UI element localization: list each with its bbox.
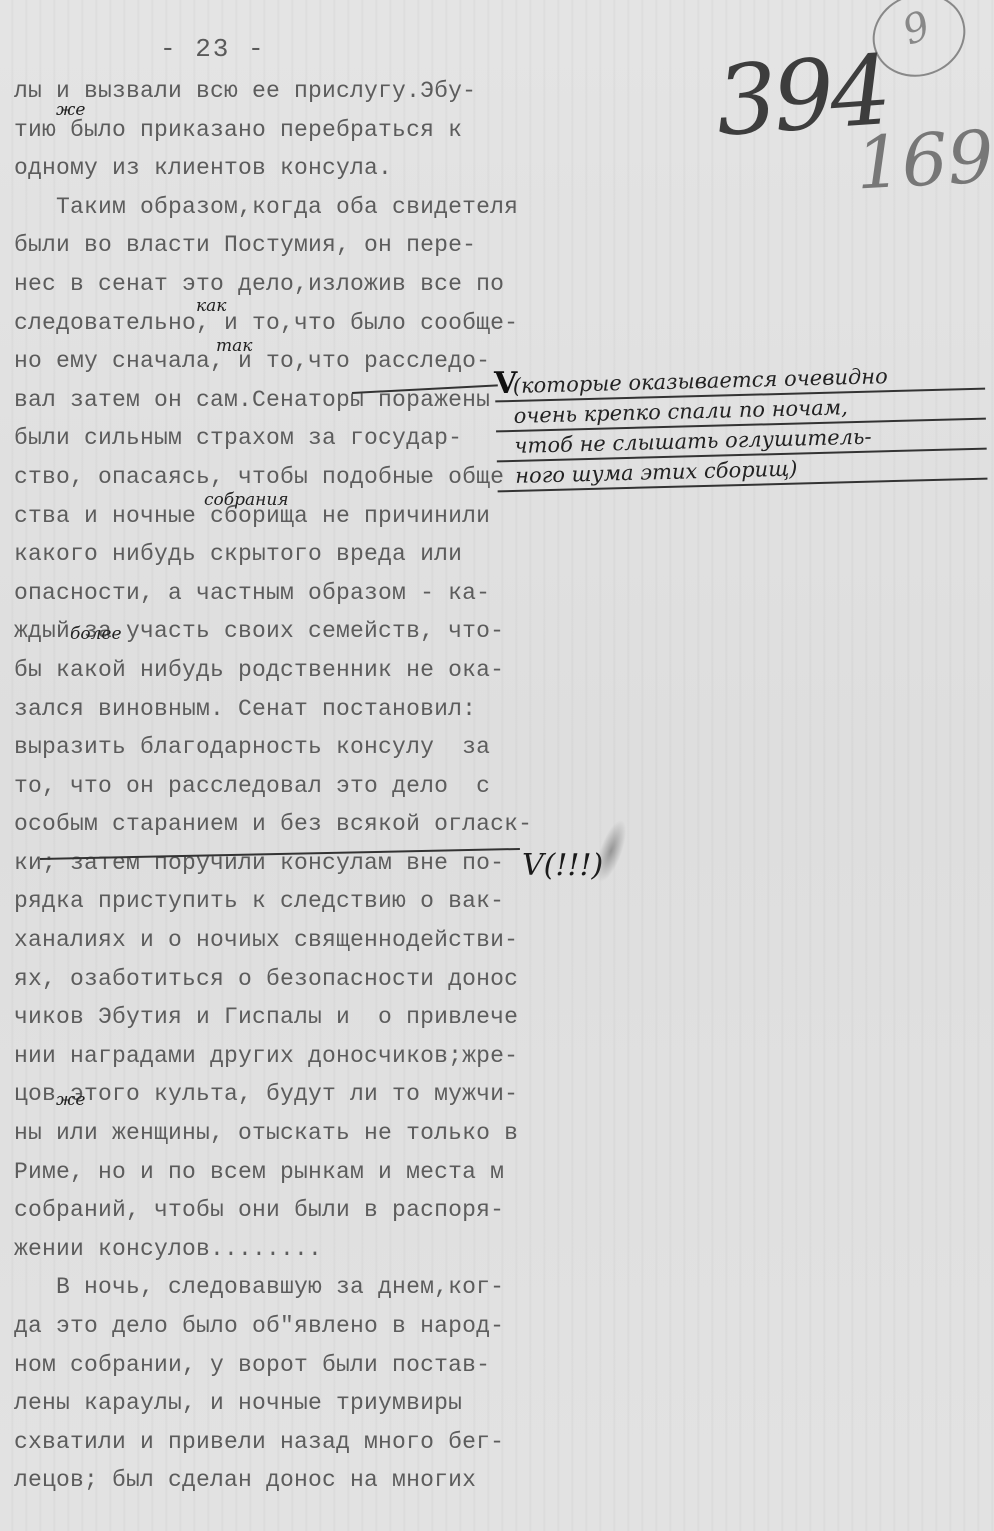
correction-zhe-2: же bbox=[56, 1090, 85, 1110]
text-line: следовательно, и то,что было сообще- bbox=[14, 304, 494, 343]
correction-sobraniya: собрания bbox=[204, 490, 289, 510]
text-line: тию было приказано перебраться к bbox=[14, 111, 494, 150]
text-line: были во власти Постумия, он пере- bbox=[14, 226, 494, 265]
text-line: схватили и привели назад много бег- bbox=[14, 1423, 494, 1462]
text-line: особым старанием и без всякой огласк- bbox=[14, 805, 494, 844]
text-line: Риме, но и по всем рынкам и места м bbox=[14, 1153, 494, 1192]
page-number: - 23 - bbox=[160, 34, 266, 64]
text-line: да это дело было об"явлено в народ- bbox=[14, 1307, 494, 1346]
correction-bolee: более bbox=[70, 624, 122, 644]
text-line: лы и вызвали всю ее прислугу.Эбу- bbox=[14, 72, 494, 111]
text-line: ном собрании, у ворот были постав- bbox=[14, 1346, 494, 1385]
text-line: рядка приступить к следствию о вак- bbox=[14, 882, 494, 921]
text-line: лены караулы, и ночные триумвиры bbox=[14, 1384, 494, 1423]
typed-text-block: лы и вызвали всю ее прислугу.Эбу- тию бы… bbox=[14, 72, 494, 1500]
text-line: вал затем он сам.Сенаторы поражены bbox=[14, 381, 494, 420]
text-line: выразить благодарность консулу за bbox=[14, 728, 494, 767]
text-line: ях, озаботиться о безопасности донос bbox=[14, 960, 494, 999]
text-line: цов этого культа, будут ли то мужчи- bbox=[14, 1075, 494, 1114]
text-line: то, что он расследовал это дело с bbox=[14, 767, 494, 806]
text-line: нес в сенат это дело,изложив все по bbox=[14, 265, 494, 304]
text-line: ханалиях и о ночиых священнодействи- bbox=[14, 921, 494, 960]
text-line: лецов; был сделан донос на многих bbox=[14, 1461, 494, 1500]
text-line: чиков Эбутия и Гиспалы и о привлече bbox=[14, 998, 494, 1037]
text-line: какого нибудь скрытого вреда или bbox=[14, 535, 494, 574]
text-line: были сильным страхом за государ- bbox=[14, 419, 494, 458]
text-line: В ночь, следовавшую за днем,ког- bbox=[14, 1268, 494, 1307]
folio-number: 169 bbox=[854, 114, 994, 205]
check-mark-icon: V bbox=[522, 848, 544, 883]
text-line: опасности, а частным образом - ка- bbox=[14, 574, 494, 613]
text-line: собраний, чтобы они были в распоря- bbox=[14, 1191, 494, 1230]
text-line: ны или женщины, отыскать не только в bbox=[14, 1114, 494, 1153]
text-line: нии наградами других доносчиков;жре- bbox=[14, 1037, 494, 1076]
correction-kak: как bbox=[196, 296, 226, 316]
text-line: Таким образом,когда оба свидетеля bbox=[14, 188, 494, 227]
text-line: бы какой нибудь родственник не ока- bbox=[14, 651, 494, 690]
text-line: но ему сначала, и то,что расследо- bbox=[14, 342, 494, 381]
margin-note-1: (которые оказывается очевидно очень креп… bbox=[495, 360, 988, 493]
text-line: зался виновным. Сенат постановил: bbox=[14, 690, 494, 729]
document-page: - 23 - 9 394 169 лы и вызвали всю ее при… bbox=[0, 0, 994, 1531]
text-line: одному из клиентов консула. bbox=[14, 149, 494, 188]
text-line: жении консулов........ bbox=[14, 1230, 494, 1269]
correction-tak: так bbox=[216, 336, 252, 356]
correction-zhe-1: же bbox=[56, 100, 85, 120]
